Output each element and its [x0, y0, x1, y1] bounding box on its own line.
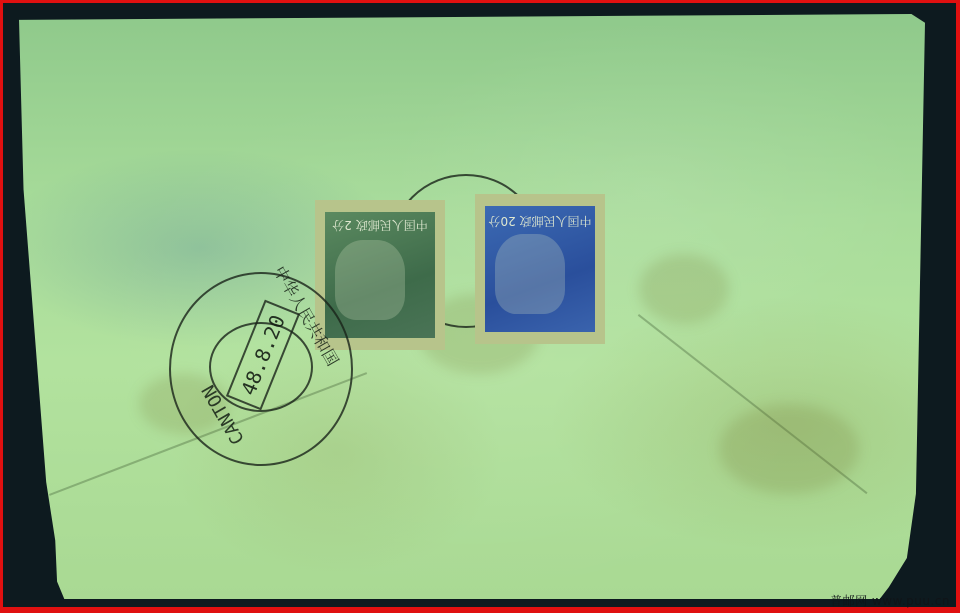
portrait-figure — [335, 240, 405, 320]
envelope: 中国人民邮政 2分 中国人民邮政 20分 48.8.20 中华人民共和国 CAN… — [19, 14, 925, 599]
postmark-canton: 48.8.20 中华人民共和国 CANTON — [169, 272, 353, 466]
watermark: 普邮网 www.puu.cn — [830, 592, 950, 609]
stamp-label: 中国人民邮政 2分 — [321, 216, 439, 234]
stain — [639, 254, 729, 324]
stain — [719, 404, 859, 494]
stamp-label: 中国人民邮政 20分 — [481, 212, 599, 230]
portrait-figure — [495, 234, 565, 314]
stamp-blue: 中国人民邮政 20分 — [475, 194, 605, 344]
